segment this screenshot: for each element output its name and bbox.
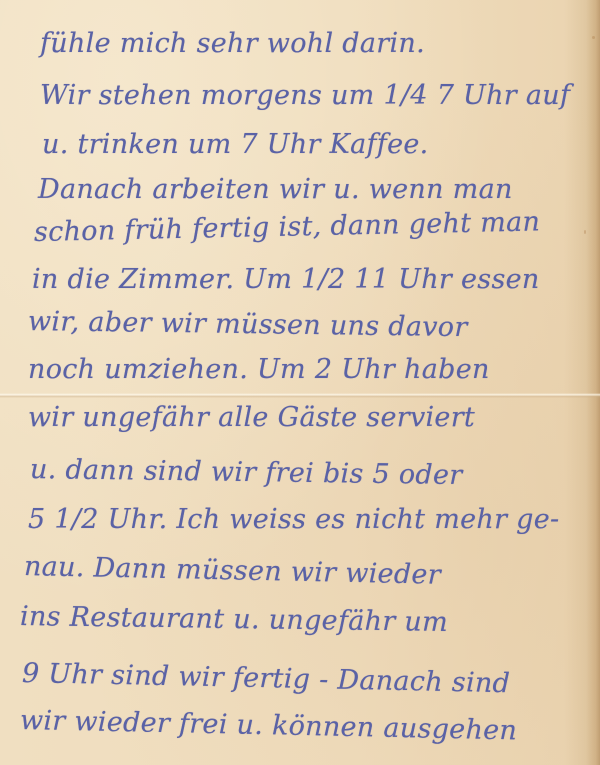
paper-stain (584, 230, 586, 234)
text-line: wir ungefähr alle Gäste serviert (28, 404, 475, 431)
text-line: wir wieder frei u. können ausgehen (20, 707, 518, 744)
text-line: Wir stehen morgens um 1/4 7 Uhr auf (40, 82, 570, 109)
text-line: in die Zimmer. Um 1/2 11 Uhr essen (32, 266, 540, 293)
letter-page: fühle mich sehr wohl darin. Wir stehen m… (0, 0, 600, 765)
text-line: wir, aber wir müssen uns davor (28, 308, 468, 341)
text-line: 5 1/2 Uhr. Ich weiss es nicht mehr ge- (28, 506, 559, 533)
text-line: schon früh fertig ist, dann geht man (34, 208, 541, 246)
text-line: 9 Uhr sind wir fertig - Danach sind (22, 660, 511, 697)
text-line: nau. Dann müssen wir wieder (24, 553, 442, 589)
text-line: u. trinken um 7 Uhr Kaffee. (42, 131, 429, 158)
text-line: u. dann sind wir frei bis 5 oder (30, 456, 463, 489)
paper-fold-line (0, 393, 600, 398)
paper-stain (592, 36, 595, 39)
paper-edge-shading (586, 0, 600, 765)
text-line: ins Restaurant u. ungefähr um (20, 603, 448, 636)
text-line: fühle mich sehr wohl darin. (40, 30, 425, 57)
text-line: noch umziehen. Um 2 Uhr haben (28, 356, 490, 383)
text-line: Danach arbeiten wir u. wenn man (38, 176, 513, 203)
